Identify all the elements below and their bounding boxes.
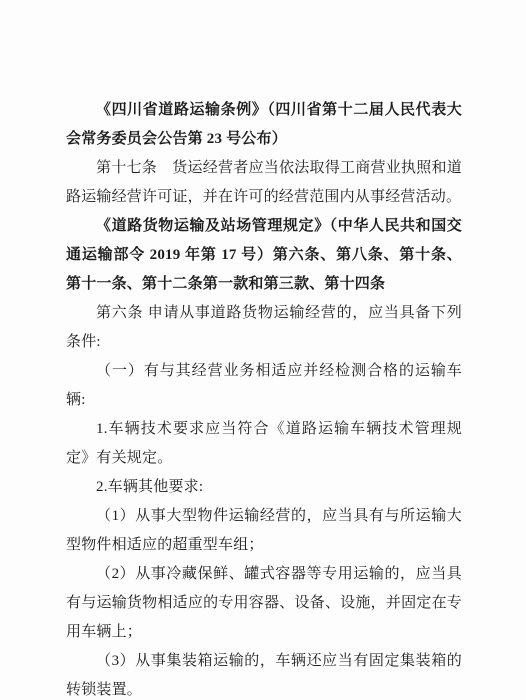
paragraph: （3）从事集装箱运输的，车辆还应当有固定集装箱的转锁装置。 [66,647,462,700]
paragraph: 1.车辆技术要求应当符合《道路运输车辆技术管理规定》有关规定。 [66,415,462,473]
paragraph: （2）从事冷藏保鲜、罐式容器等专用运输的，应当具有与运输货物相适应的专用容器、设… [66,560,462,647]
paragraph: （一）有与其经营业务相适应并经检测合格的运输车辆: [66,357,462,415]
document-page: 《四川省道路运输条例》（四川省第十二届人民代表大会常务委员会公告第 23 号公布… [0,0,526,700]
paragraph-list: 《四川省道路运输条例》（四川省第十二届人民代表大会常务委员会公告第 23 号公布… [66,96,462,700]
paragraph: 第十七条 货运经营者应当依法取得工商营业执照和道路运输经营许可证，并在许可的经营… [66,154,462,212]
paragraph: （1）从事大型物件运输经营的，应当具有与所运输大型物件相适应的超重型车组； [66,502,462,560]
paragraph: 《道路货物运输及站场管理规定》（中华人民共和国交通运输部令 2019 年第 17… [66,212,462,299]
paragraph: 2.车辆其他要求: [66,473,462,502]
paragraph: 第六条 申请从事道路货物运输经营的，应当具备下列条件: [66,299,462,357]
paragraph: 《四川省道路运输条例》（四川省第十二届人民代表大会常务委员会公告第 23 号公布… [66,96,462,154]
